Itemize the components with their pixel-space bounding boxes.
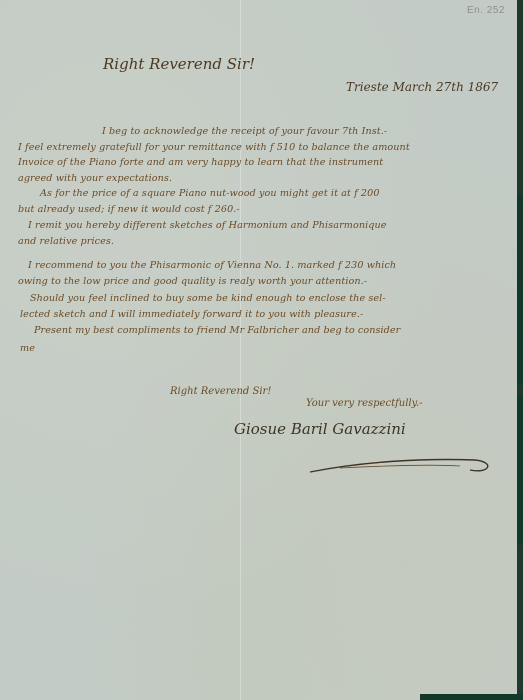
salutation: Right Reverend Sir!	[103, 55, 255, 73]
background-edge	[517, 395, 523, 545]
body-line: and relative prices.	[18, 236, 114, 247]
body-line: but already used; if new it would cost f…	[18, 204, 240, 215]
body-line: Present my best compliments to friend Mr…	[34, 325, 400, 336]
body-line: agreed with your expectations.	[18, 173, 172, 184]
body-line: I recommend to you the Phisarmonic of Vi…	[28, 260, 396, 271]
regards-line: Your very respectfully.-	[306, 398, 423, 409]
closing-salutation: Right Reverend Sir!	[170, 386, 271, 397]
background-edge	[420, 694, 523, 700]
signature-flourish-icon	[300, 440, 500, 480]
body-line: Should you feel inclined to buy some be …	[30, 293, 386, 304]
background-edge	[517, 195, 523, 385]
body-line: I beg to acknowledge the receipt of your…	[102, 126, 387, 137]
dateline: Trieste March 27th 1867	[346, 80, 498, 94]
body-line: I remit you hereby different sketches of…	[28, 220, 387, 231]
letter-page: En. 252 Right Reverend Sir! Trieste Marc…	[0, 0, 517, 700]
body-line: me	[20, 343, 35, 354]
body-line: lected sketch and I will immediately for…	[20, 309, 363, 320]
fold-crease	[240, 0, 241, 700]
body-line: As for the price of a square Piano nut-w…	[40, 188, 380, 199]
archive-mark: En. 252	[467, 5, 505, 16]
body-line: owing to the low price and good quality …	[18, 276, 367, 287]
signature: Giosue Baril Gavazzini	[234, 420, 406, 438]
body-line: Invoice of the Piano forte and am very h…	[18, 157, 383, 168]
body-line: I feel extremely gratefull for your remi…	[18, 142, 410, 153]
